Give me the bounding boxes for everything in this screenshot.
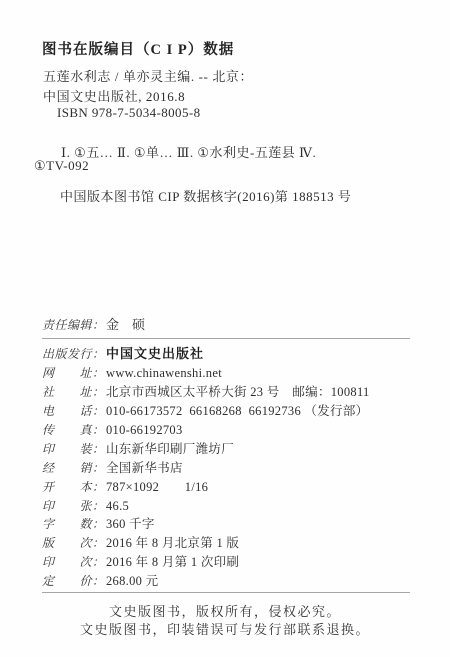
publication-row-value: 787×1092 1/16: [106, 480, 208, 494]
publication-row: 网 址：www.chinawenshi.net: [42, 364, 422, 383]
bottom-divider-rule: [42, 592, 410, 593]
publication-row-value: 010-66173572 66168268 66192736 （发行部）: [106, 404, 368, 418]
publication-row-label: 开 本：: [42, 478, 106, 497]
publication-row: 电 话：010-66173572 66168268 66192736 （发行部）: [42, 402, 422, 421]
editor-row-label: 责任编辑：: [42, 316, 106, 333]
publication-row-label: 电 话：: [42, 402, 106, 421]
publication-row-value: www.chinawenshi.net: [106, 366, 222, 380]
publication-row-value: 2016 年 8 月第 1 次印刷: [106, 555, 239, 569]
publication-row: 印 装：山东新华印刷厂潍坊厂: [42, 440, 422, 459]
publication-info-table: 出版发行：中国文史出版社 网 址：www.chinawenshi.net 社 址…: [42, 345, 422, 591]
copyright-notice: 文史版图书，版权所有，侵权必究。: [0, 601, 450, 620]
publication-row-label: 网 址：: [42, 364, 106, 383]
publication-row-label: 字 数：: [42, 515, 106, 534]
publication-row-value: 268.00 元: [106, 574, 158, 588]
publication-row-label: 社 址：: [42, 383, 106, 402]
publication-row-value: 2016 年 8 月北京第 1 版: [106, 536, 239, 550]
publication-row: 版 次：2016 年 8 月北京第 1 版: [42, 534, 422, 553]
cip-entry-line1: 五莲水利志 / 单亦灵主编. -- 北京：: [43, 66, 253, 85]
exchange-notice: 文史版图书，印装错误可与发行部联系退换。: [0, 619, 450, 638]
isbn-line: ISBN 978-7-5034-8005-8: [57, 105, 201, 121]
publication-row-value: 010-66192703: [106, 423, 183, 437]
publication-row: 经 销：全国新华书店: [42, 459, 422, 478]
cip-entry-line2: 中国文史出版社, 2016.8: [43, 86, 185, 105]
publication-row-label: 经 销：: [42, 459, 106, 478]
cip-title: 图书在版编目（C I P）数据: [42, 38, 234, 59]
publication-row: 字 数：360 千字: [42, 515, 422, 534]
publication-row-value: 360 千字: [106, 517, 155, 531]
publication-row-value: 山东新华印刷厂潍坊厂: [106, 442, 234, 456]
cip-record-number: 中国版本图书馆 CIP 数据核字(2016)第 188513 号: [60, 186, 351, 205]
publication-row: 定 价：268.00 元: [42, 572, 422, 591]
publication-row-value: 北京市西城区太平桥大街 23 号 邮编：100811: [106, 385, 370, 399]
classification-line1: Ⅰ. ①五… Ⅱ. ①单… Ⅲ. ①水利史-五莲县 Ⅳ.: [61, 142, 316, 161]
top-divider-rule: [42, 338, 410, 339]
publication-row-label: 定 价：: [42, 572, 106, 591]
publication-row-value: 46.5: [106, 499, 129, 513]
classification-line2: ①TV-092: [34, 158, 89, 174]
publication-row-value: 全国新华书店: [106, 461, 183, 475]
publication-row-label: 印 次：: [42, 553, 106, 572]
publication-row-label: 出版发行：: [42, 345, 106, 364]
publication-row: 传 真：010-66192703: [42, 421, 422, 440]
cip-copyright-page: 图书在版编目（C I P）数据 五莲水利志 / 单亦灵主编. -- 北京： 中国…: [0, 0, 450, 657]
publication-row: 社 址：北京市西城区太平桥大街 23 号 邮编：100811: [42, 383, 422, 402]
publication-row-label: 印 张：: [42, 497, 106, 516]
editor-row-value: 金 硕: [106, 317, 145, 332]
publication-row-label: 印 装：: [42, 440, 106, 459]
publication-row: 出版发行：中国文史出版社: [42, 345, 422, 364]
publication-row: 印 次：2016 年 8 月第 1 次印刷: [42, 553, 422, 572]
publication-row: 印 张：46.5: [42, 497, 422, 516]
publication-row: 开 本：787×1092 1/16: [42, 478, 422, 497]
publication-row-label: 传 真：: [42, 421, 106, 440]
publication-row-value: 中国文史出版社: [106, 346, 204, 361]
editor-row: 责任编辑：金 硕: [42, 314, 145, 333]
publication-row-label: 版 次：: [42, 534, 106, 553]
